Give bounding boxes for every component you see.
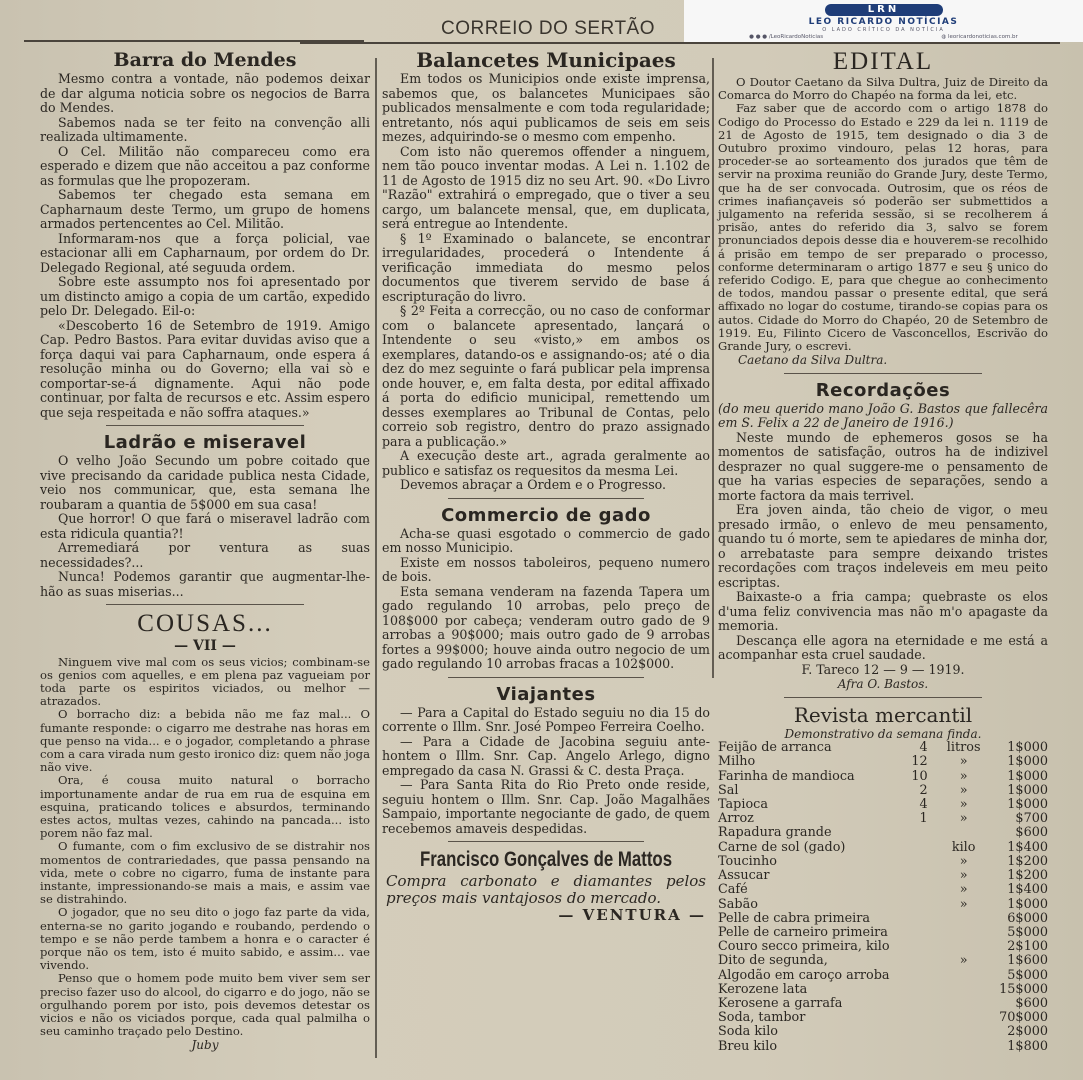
- cell-unit: [934, 826, 994, 840]
- table-row: Arroz1»$700: [718, 812, 1048, 826]
- cell-price: 5$000: [994, 926, 1048, 940]
- divider: [448, 677, 645, 678]
- divider: [448, 498, 645, 499]
- article-commercio-gado: Commercio de gado Acha-se quasi esgotado…: [382, 504, 710, 672]
- cell-item: Rapadura grande: [718, 826, 909, 840]
- cell-item: Tapioca: [718, 798, 909, 812]
- cell-qty: [909, 969, 934, 983]
- paragraph: O jogador, que no seu dito o jogo faz pa…: [40, 906, 370, 972]
- paragraph: Neste mundo de ephemeros gosos se ha mom…: [718, 431, 1048, 504]
- divider: [784, 697, 982, 698]
- cell-price: 1$000: [994, 784, 1048, 798]
- headline: Commercio de gado: [382, 504, 710, 527]
- paragraph: Que horror! O que fará o miseravel ladrã…: [40, 512, 370, 541]
- paragraph: A execução deste art., agrada geralmente…: [382, 449, 710, 478]
- paragraph: Em todos os Municipios onde existe impre…: [382, 72, 710, 145]
- cell-unit: »: [934, 954, 994, 968]
- cell-unit: »: [934, 812, 994, 826]
- cell-qty: [909, 1040, 934, 1054]
- article-revista-mercantil: Revista mercantil Demonstrativo da seman…: [718, 703, 1048, 1054]
- cell-unit: [934, 940, 994, 954]
- paragraph: Devemos abraçar a Ordem e o Progresso.: [382, 478, 710, 493]
- cell-unit: [934, 1040, 994, 1054]
- cell-price: 2$000: [994, 1025, 1048, 1039]
- cell-price: 70$000: [994, 1011, 1048, 1025]
- table-row: Tapioca4»1$000: [718, 798, 1048, 812]
- cell-qty: [909, 826, 934, 840]
- headline: EDITAL: [718, 48, 1048, 76]
- cell-unit: [934, 1011, 994, 1025]
- cell-item: Soda kilo: [718, 1025, 909, 1039]
- ad-brand: — VENTURA —: [558, 907, 706, 924]
- paragraph: Arremediará por ventura as suas necessid…: [40, 541, 370, 570]
- column-rule-2: [712, 58, 714, 678]
- headline: Viajantes: [382, 683, 710, 706]
- cell-qty: [909, 1011, 934, 1025]
- paragraph: § 1º Examinado o balancete, se encontrar…: [382, 232, 710, 305]
- signature: Juby: [40, 1038, 370, 1053]
- cell-unit: »: [934, 883, 994, 897]
- paragraph: Ora, é cousa muito natural o borracho im…: [40, 774, 370, 840]
- paragraph: Sabemos ter chegado esta semana em Capha…: [40, 188, 370, 232]
- paragraph: — Para a Capital do Estado seguiu no dia…: [382, 706, 710, 735]
- cell-qty: [909, 1025, 934, 1039]
- cell-qty: 12: [909, 755, 934, 769]
- cell-price: $700: [994, 812, 1048, 826]
- table-row: Soda, tambor70$000: [718, 1011, 1048, 1025]
- column-middle: Balancetes Municipaes Em todos os Munici…: [382, 48, 710, 924]
- cell-item: Breu kilo: [718, 1040, 909, 1054]
- table-row: Breu kilo1$800: [718, 1040, 1048, 1054]
- cell-qty: [909, 883, 934, 897]
- cell-item: Arroz: [718, 812, 909, 826]
- headline: COUSAS...: [40, 610, 370, 638]
- table-row: Toucinho»1$200: [718, 855, 1048, 869]
- paragraph: O Cel. Militão não compareceu como era e…: [40, 145, 370, 189]
- cell-qty: [909, 855, 934, 869]
- cell-qty: [909, 983, 934, 997]
- cell-price: 1$000: [994, 755, 1048, 769]
- paragraph: Esta semana venderam na fazenda Tapera u…: [382, 585, 710, 672]
- table-row: Dito de segunda,»1$600: [718, 954, 1048, 968]
- cell-qty: [909, 898, 934, 912]
- cell-item: Dito de segunda,: [718, 954, 909, 968]
- cell-item: Farinha de mandioca: [718, 770, 909, 784]
- cell-unit: »: [934, 869, 994, 883]
- cell-item: Soda, tambor: [718, 1011, 909, 1025]
- paragraph: Existe em nossos taboleiros, pequeno num…: [382, 556, 710, 585]
- headline: Ladrão e miseravel: [40, 431, 370, 454]
- headline: Balancetes Municipaes: [382, 48, 710, 72]
- signature: Afra O. Bastos.: [718, 677, 1048, 692]
- table-row: Pelle de carneiro primeira5$000: [718, 926, 1048, 940]
- paragraph: Faz saber que de accordo com o artigo 18…: [718, 102, 1048, 353]
- cell-qty: 4: [909, 798, 934, 812]
- table-row: Kerosene a garrafa$600: [718, 997, 1048, 1011]
- cell-item: Algodão em caroço arroba: [718, 969, 909, 983]
- cell-qty: [909, 912, 934, 926]
- column-right: EDITAL O Doutor Caetano da Silva Dultra,…: [718, 48, 1048, 1054]
- table-row: Sabão»1$000: [718, 898, 1048, 912]
- cell-unit: [934, 1025, 994, 1039]
- cell-qty: [909, 869, 934, 883]
- newspaper-page: CORREIO DO SERTÃO LRN LEO RICARDO NOTÍCI…: [0, 0, 1083, 1080]
- watermark-banner: LRN LEO RICARDO NOTÍCIAS O LADO CRÍTICO …: [684, 0, 1083, 42]
- cell-price: 1$000: [994, 770, 1048, 784]
- paragraph: Sobre este assumpto nos foi apresentado …: [40, 275, 370, 319]
- paragraph: § 2º Feita a correcção, ou no caso de co…: [382, 304, 710, 449]
- price-table: Feijão de arranca4litros1$000Milho12»1$0…: [718, 741, 1048, 1053]
- cell-item: Couro secco primeira, kilo: [718, 940, 909, 954]
- cell-item: Pelle de carneiro primeira: [718, 926, 909, 940]
- article-balancetes: Balancetes Municipaes Em todos os Munici…: [382, 48, 710, 493]
- paragraph: Sabemos nada se ter feito na convenção a…: [40, 116, 370, 145]
- social-handle: ● ● ● /LeoRicardoNoticias: [749, 33, 823, 41]
- cell-item: Kerosene a garrafa: [718, 997, 909, 1011]
- cell-qty: [909, 997, 934, 1011]
- paragraph: O velho João Secundo um pobre coitado qu…: [40, 454, 370, 512]
- table-row: Feijão de arranca4litros1$000: [718, 741, 1048, 755]
- paragraph: Penso que o homem pode muito bem viver s…: [40, 972, 370, 1038]
- paragraph: — Para a Cidade de Jacobina seguiu ante-…: [382, 735, 710, 779]
- paragraph: Descança elle agora na eternidade e me e…: [718, 634, 1048, 663]
- website: ◍ leoricardonoticias.com.br: [941, 33, 1017, 41]
- ad-title: Francisco Gonçalves de Mattos: [415, 847, 677, 873]
- cell-qty: [909, 926, 934, 940]
- watermark-links: ● ● ● /LeoRicardoNoticias ◍ leoricardono…: [684, 33, 1083, 41]
- cell-item: Milho: [718, 755, 909, 769]
- paragraph: — Para Santa Rita do Rio Preto onde resi…: [382, 778, 710, 836]
- subtitle: Demonstrativo da semana finda.: [718, 727, 1048, 742]
- divider: [106, 604, 304, 605]
- table-row: Kerozene lata15$000: [718, 983, 1048, 997]
- cell-qty: [909, 841, 934, 855]
- cell-item: Sal: [718, 784, 909, 798]
- cell-qty: [909, 940, 934, 954]
- paragraph: Com isto não queremos offender a ninguem…: [382, 145, 710, 232]
- cell-price: $600: [994, 826, 1048, 840]
- table-row: Sal2»1$000: [718, 784, 1048, 798]
- article-edital: EDITAL O Doutor Caetano da Silva Dultra,…: [718, 48, 1048, 368]
- cell-price: 1$200: [994, 855, 1048, 869]
- column-rule-1: [375, 58, 377, 1058]
- cell-unit: [934, 926, 994, 940]
- cell-price: 2$100: [994, 940, 1048, 954]
- place-date: F. Tareco 12 — 9 — 1919.: [718, 663, 1048, 678]
- cell-price: 1$000: [994, 798, 1048, 812]
- cell-unit: »: [934, 898, 994, 912]
- column-left: Barra do Mendes Mesmo contra a vontade, …: [40, 48, 370, 1053]
- article-viajantes: Viajantes — Para a Capital do Estado seg…: [382, 683, 710, 837]
- paragraph: Ninguem vive mal com os seus vicios; com…: [40, 656, 370, 709]
- table-row: Assucar»1$200: [718, 869, 1048, 883]
- cell-item: Toucinho: [718, 855, 909, 869]
- cell-item: Sabão: [718, 898, 909, 912]
- table-row: Café»1$400: [718, 883, 1048, 897]
- cell-unit: »: [934, 784, 994, 798]
- paragraph: Mesmo contra a vontade, não podemos deix…: [40, 72, 370, 116]
- paragraph: «Descoberto 16 de Setembro de 1919. Amig…: [40, 319, 370, 421]
- headline: Barra do Mendes: [40, 48, 370, 72]
- article-barra-do-mendes: Barra do Mendes Mesmo contra a vontade, …: [40, 48, 370, 420]
- watermark-name: LEO RICARDO NOTÍCIAS: [684, 17, 1083, 27]
- lrn-logo: LRN: [825, 4, 943, 16]
- paragraph: O fumante, com o fim exclusivo de se dis…: [40, 840, 370, 906]
- paragraph: O borracho diz: a bebida não me faz mal.…: [40, 708, 370, 774]
- paragraph: Era joven ainda, tão cheio de vigor, o m…: [718, 503, 1048, 590]
- cell-item: Feijão de arranca: [718, 741, 909, 755]
- cell-price: 5$000: [994, 969, 1048, 983]
- cell-unit: [934, 983, 994, 997]
- cell-price: 1$000: [994, 898, 1048, 912]
- cell-unit: [934, 997, 994, 1011]
- table-row: Couro secco primeira, kilo2$100: [718, 940, 1048, 954]
- series-number: — VII —: [40, 639, 370, 654]
- cell-item: Café: [718, 883, 909, 897]
- cell-price: 1$400: [994, 883, 1048, 897]
- table-row: Carne de sol (gado)kilo1$400: [718, 841, 1048, 855]
- cell-item: Pelle de cabra primeira: [718, 912, 909, 926]
- signature: Caetano da Silva Dultra.: [718, 353, 1048, 368]
- paragraph: Baixaste-o a fria campa; quebraste os el…: [718, 590, 1048, 634]
- headline: Revista mercantil: [718, 703, 1048, 727]
- table-row: Rapadura grande$600: [718, 826, 1048, 840]
- article-recordacoes: Recordações (do meu querido mano João G.…: [718, 379, 1048, 692]
- paragraph: O Doutor Caetano da Silva Dultra, Juiz d…: [718, 76, 1048, 102]
- advertisement: Francisco Gonçalves de Mattos Compra car…: [382, 847, 710, 907]
- cell-qty: 10: [909, 770, 934, 784]
- cell-item: Kerozene lata: [718, 983, 909, 997]
- divider: [784, 373, 982, 374]
- table-row: Pelle de cabra primeira6$000: [718, 912, 1048, 926]
- paragraph: Informaram-nos que a força policial, vae…: [40, 232, 370, 276]
- article-ladrao: Ladrão e miseravel O velho João Secundo …: [40, 431, 370, 599]
- divider: [448, 841, 645, 842]
- headline: Recordações: [718, 379, 1048, 402]
- cell-price: 1$600: [994, 954, 1048, 968]
- cell-unit: »: [934, 770, 994, 784]
- cell-unit: kilo: [934, 841, 994, 855]
- cell-unit: »: [934, 755, 994, 769]
- cell-qty: [909, 954, 934, 968]
- cell-item: Assucar: [718, 869, 909, 883]
- cell-qty: 2: [909, 784, 934, 798]
- table-row: Soda kilo2$000: [718, 1025, 1048, 1039]
- subtitle: (do meu querido mano João G. Bastos que …: [718, 402, 1048, 431]
- paragraph: Nunca! Podemos garantir que augmentar-lh…: [40, 570, 370, 599]
- table-row: Farinha de mandioca10»1$000: [718, 770, 1048, 784]
- cell-price: 1$000: [994, 741, 1048, 755]
- masthead-rule: [300, 42, 1060, 44]
- ad-body: Compra carbonato e diamantes pelos preço…: [382, 873, 710, 907]
- cell-unit: »: [934, 855, 994, 869]
- cell-price: 6$000: [994, 912, 1048, 926]
- cell-unit: litros: [934, 741, 994, 755]
- table-row: Algodão em caroço arroba5$000: [718, 969, 1048, 983]
- divider: [106, 425, 304, 426]
- cell-price: 1$800: [994, 1040, 1048, 1054]
- cell-qty: 4: [909, 741, 934, 755]
- article-cousas: COUSAS... — VII — Ninguem vive mal com o…: [40, 610, 370, 1053]
- masthead: CORREIO DO SERTÃO: [428, 18, 668, 40]
- social-icons: ● ● ●: [749, 34, 769, 40]
- cell-qty: 1: [909, 812, 934, 826]
- cell-unit: [934, 969, 994, 983]
- cell-item: Carne de sol (gado): [718, 841, 909, 855]
- paragraph: Acha-se quasi esgotado o commercio de ga…: [382, 527, 710, 556]
- cell-price: 1$400: [994, 841, 1048, 855]
- cell-unit: »: [934, 798, 994, 812]
- cell-price: 1$200: [994, 869, 1048, 883]
- cell-price: $600: [994, 997, 1048, 1011]
- cell-unit: [934, 912, 994, 926]
- cell-price: 15$000: [994, 983, 1048, 997]
- table-row: Milho12»1$000: [718, 755, 1048, 769]
